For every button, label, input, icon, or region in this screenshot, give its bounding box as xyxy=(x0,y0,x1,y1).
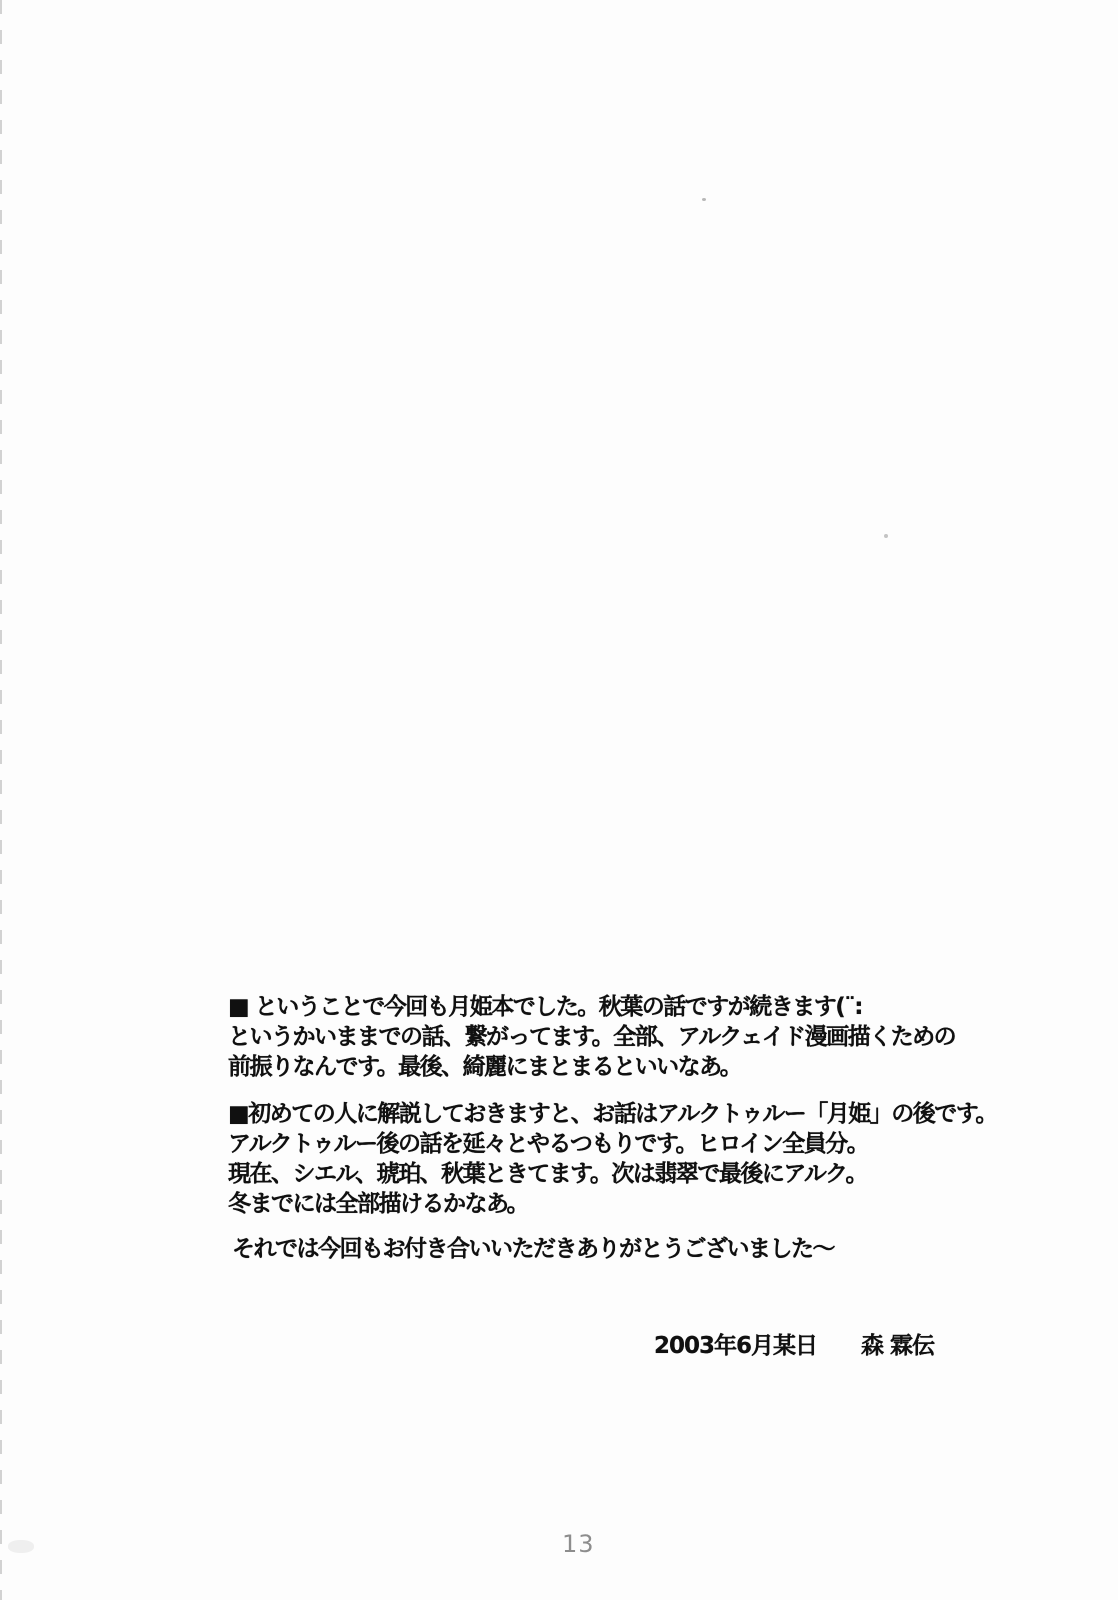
text-line: ■初めての人に解説しておきますと、お話はアルクトゥルー「月姫」の後です。 xyxy=(228,1099,997,1129)
text-line: 冬までには全部描けるかなあ。 xyxy=(228,1189,997,1219)
page-number: 13 xyxy=(562,1531,595,1557)
scan-smudge xyxy=(8,1540,34,1553)
text-line: アルクトゥルー後の話を延々とやるつもりです。ヒロイン全員分。 xyxy=(228,1129,997,1159)
text-line: 現在、シエル、琥珀、秋葉ときてます。次は翡翠で最後にアルク。 xyxy=(228,1159,997,1189)
afterword-paragraph-2: ■初めての人に解説しておきますと、お話はアルクトゥルー「月姫」の後です。 アルク… xyxy=(228,1099,997,1219)
text-line: ■ ということで今回も月姫本でした。秋葉の話ですが続きます(¨: xyxy=(228,992,955,1022)
scanned-page: ■ ということで今回も月姫本でした。秋葉の話ですが続きます(¨: というかいまま… xyxy=(0,0,1118,1600)
afterword-paragraph-1: ■ ということで今回も月姫本でした。秋葉の話ですが続きます(¨: というかいまま… xyxy=(228,992,955,1082)
text-line: というかいままでの話、繋がってます。全部、アルクェイド漫画描くための xyxy=(228,1022,955,1052)
scan-edge-artifact xyxy=(0,0,2,1600)
text-line: それでは今回もお付き合いいただきありがとうございました～ xyxy=(232,1234,834,1264)
afterword-paragraph-3: それでは今回もお付き合いいただきありがとうございました～ xyxy=(232,1234,834,1264)
scan-speck xyxy=(702,198,706,201)
scan-speck xyxy=(884,534,888,538)
date-signature: 2003年6月某日 森 霖伝 xyxy=(654,1331,934,1361)
text-line: 前振りなんです。最後、綺麗にまとまるといいなあ。 xyxy=(228,1052,955,1082)
